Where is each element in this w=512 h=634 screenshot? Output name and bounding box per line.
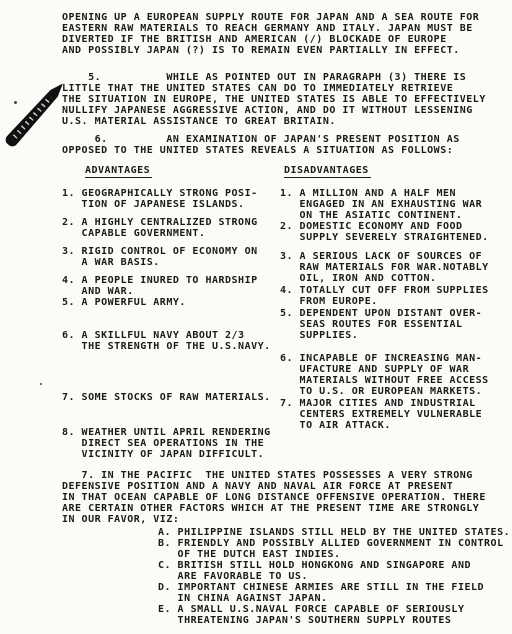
text-line: DEFENSIVE POSITION AND A NAVY AND NAVAL … [62, 481, 486, 492]
disadvantage-item-5: 5. DEPENDENT UPON DISTANT OVER- SEAS ROU… [280, 308, 510, 341]
text-line: SUPPLIES. [280, 330, 510, 341]
text-line: FROM EUROPE. [280, 296, 510, 307]
text-line: B. FRIENDLY AND POSSIBLY ALLIED GOVERNME… [158, 538, 510, 549]
text-line: IN CHINA AGAINST JAPAN. [158, 593, 510, 604]
text-line: DIRECT SEA OPERATIONS IN THE [62, 438, 280, 449]
paragraph-5: 5. WHILE AS POINTED OUT IN PARAGRAPH (3)… [62, 72, 486, 127]
text-line: 1. A MILLION AND A HALF MEN [280, 188, 510, 199]
text-line: RAW MATERIALS FOR WAR.NOTABLY [280, 262, 510, 273]
factor-item-c: C. BRITISH STILL HOLD HONGKONG AND SINGA… [158, 560, 510, 582]
paragraph-intro-continuation: OPENING UP A EUROPEAN SUPPLY ROUTE FOR J… [62, 12, 479, 56]
text-line: A. PHILIPPINE ISLANDS STILL HELD BY THE … [158, 527, 510, 538]
text-line: 8. WEATHER UNTIL APRIL RENDERING [62, 427, 280, 438]
favorable-factors-list: A. PHILIPPINE ISLANDS STILL HELD BY THE … [158, 527, 510, 626]
advantage-item-5: 5. A POWERFUL ARMY. [62, 297, 280, 308]
text-line: 6. INCAPABLE OF INCREASING MAN- [280, 353, 510, 364]
text-line: U.S. MATERIAL ASSISTANCE TO GREAT BRITAI… [62, 116, 486, 127]
text-line: TO U.S. OR EUROPEAN MARKETS. [280, 386, 510, 397]
text-line: SUPPLY SEVERELY STRAIGHTENED. [280, 232, 510, 243]
text-line: ON THE ASIATIC CONTINENT. [280, 210, 510, 221]
advantage-item-4: 4. A PEOPLE INURED TO HARDSHIP AND WAR. [62, 275, 280, 297]
text-line: A WAR BASIS. [62, 257, 280, 268]
text-line: 4. A PEOPLE INURED TO HARDSHIP [62, 275, 280, 286]
text-line: 1. GEOGRAPHICALLY STRONG POSI- [62, 188, 280, 199]
text-line: CAPABLE GOVERNMENT. [62, 228, 280, 239]
disadvantage-item-1: 1. A MILLION AND A HALF MEN ENGAGED IN A… [280, 188, 510, 221]
advantages-header: ADVANTAGES [85, 165, 152, 178]
text-line: 7. SOME STOCKS OF RAW MATERIALS. [62, 392, 280, 403]
text-line: ENGAGED IN AN EXHAUSTING WAR [280, 199, 510, 210]
advantage-item-3: 3. RIGID CONTROL OF ECONOMY ON A WAR BAS… [62, 246, 280, 268]
disadvantage-item-4: 4. TOTALLY CUT OFF FROM SUPPLIES FROM EU… [280, 285, 510, 307]
factor-item-a: A. PHILIPPINE ISLANDS STILL HELD BY THE … [158, 527, 510, 538]
text-line: AND WAR. [62, 286, 280, 297]
advantage-item-7: 7. SOME STOCKS OF RAW MATERIALS. [62, 392, 280, 403]
advantage-item-8: 8. WEATHER UNTIL APRIL RENDERING DIRECT … [62, 427, 280, 460]
text-line: TO AIR ATTACK. [280, 420, 510, 431]
disadvantage-item-6: 6. INCAPABLE OF INCREASING MAN- UFACTURE… [280, 353, 510, 397]
advantage-item-1: 1. GEOGRAPHICALLY STRONG POSI- TION OF J… [62, 188, 280, 210]
text-line: C. BRITISH STILL HOLD HONGKONG AND SINGA… [158, 560, 510, 571]
factor-item-d: D. IMPORTANT CHINESE ARMIES ARE STILL IN… [158, 582, 510, 604]
factor-item-b: B. FRIENDLY AND POSSIBLY ALLIED GOVERNME… [158, 538, 510, 560]
advantage-item-2: 2. A HIGHLY CENTRALIZED STRONG CAPABLE G… [62, 217, 280, 239]
text-line: EASTERN RAW MATERIALS TO REACH GERMANY A… [62, 23, 479, 34]
text-line: THE SITUATION IN EUROPE, THE UNITED STAT… [62, 94, 486, 105]
text-line: OF THE DUTCH EAST INDIES. [158, 549, 510, 560]
text-line: 5. A POWERFUL ARMY. [62, 297, 280, 308]
text-line: NULLIFY JAPANESE AGGRESSIVE ACTION, AND … [62, 105, 486, 116]
text-line: E. A SMALL U.S.NAVAL FORCE CAPABLE OF SE… [158, 604, 510, 615]
text-line: D. IMPORTANT CHINESE ARMIES ARE STILL IN… [158, 582, 510, 593]
text-line: THREATENING JAPAN'S SOUTHERN SUPPLY ROUT… [158, 615, 510, 626]
text-line: DIVERTED IF THE BRITISH AND AMERICAN (/)… [62, 34, 479, 45]
scan-speck [40, 383, 42, 385]
text-line: 7. MAJOR CITIES AND INDUSTRIAL [280, 398, 510, 409]
text-line: 3. RIGID CONTROL OF ECONOMY ON [62, 246, 280, 257]
text-line: TION OF JAPANESE ISLANDS. [62, 199, 280, 210]
text-line: AND POSSIBLY JAPAN (?) IS TO REMAIN EVEN… [62, 45, 479, 56]
disadvantage-item-3: 3. A SERIOUS LACK OF SOURCES OF RAW MATE… [280, 251, 510, 284]
text-line: OIL, IRON AND COTTON. [280, 273, 510, 284]
text-line: SEAS ROUTES FOR ESSENTIAL [280, 319, 510, 330]
text-line: 5. DEPENDENT UPON DISTANT OVER- [280, 308, 510, 319]
text-line: 5. WHILE AS POINTED OUT IN PARAGRAPH (3)… [62, 72, 486, 83]
scan-speck [14, 101, 17, 104]
text-line: ARE FAVORABLE TO US. [158, 571, 510, 582]
text-line: 2. A HIGHLY CENTRALIZED STRONG [62, 217, 280, 228]
text-line: MATERIALS WITHOUT FREE ACCESS [280, 375, 510, 386]
advantages-list: 1. GEOGRAPHICALLY STRONG POSI- TION OF J… [62, 188, 280, 460]
text-line: 3. A SERIOUS LACK OF SOURCES OF [280, 251, 510, 262]
text-line: 4. TOTALLY CUT OFF FROM SUPPLIES [280, 285, 510, 296]
censor-ink-stamp [3, 79, 68, 149]
paragraph-6: 6. AN EXAMINATION OF JAPAN'S PRESENT POS… [62, 134, 460, 156]
paragraph-7: 7. IN THE PACIFIC THE UNITED STATES POSS… [62, 470, 486, 525]
text-line: OPENING UP A EUROPEAN SUPPLY ROUTE FOR J… [62, 12, 479, 23]
scanned-document-page: OPENING UP A EUROPEAN SUPPLY ROUTE FOR J… [0, 0, 512, 634]
text-line: UFACTURE AND SUPPLY OF WAR [280, 364, 510, 375]
text-line: IN OUR FAVOR, VIZ: [62, 514, 486, 525]
text-line: VICINITY OF JAPAN DIFFICULT. [62, 449, 280, 460]
text-line: 6. AN EXAMINATION OF JAPAN'S PRESENT POS… [62, 134, 460, 145]
disadvantage-item-7: 7. MAJOR CITIES AND INDUSTRIAL CENTERS E… [280, 398, 510, 431]
factor-item-e: E. A SMALL U.S.NAVAL FORCE CAPABLE OF SE… [158, 604, 510, 626]
text-line: THE STRENGTH OF THE U.S.NAVY. [62, 341, 280, 352]
text-line: OPPOSED TO THE UNITED STATES REVEALS A S… [62, 145, 460, 156]
text-line: 6. A SKILLFUL NAVY ABOUT 2/3 [62, 330, 280, 341]
text-line: ARE CERTAIN OTHER FACTORS WHICH AT THE P… [62, 503, 486, 514]
text-line: CENTERS EXTREMELY VULNERABLE [280, 409, 510, 420]
text-line: 7. IN THE PACIFIC THE UNITED STATES POSS… [62, 470, 486, 481]
disadvantages-header: DISADVANTAGES [284, 165, 371, 178]
disadvantages-list: 1. A MILLION AND A HALF MEN ENGAGED IN A… [280, 188, 510, 431]
advantage-item-6: 6. A SKILLFUL NAVY ABOUT 2/3 THE STRENGT… [62, 330, 280, 352]
disadvantage-item-2: 2. DOMESTIC ECONOMY AND FOOD SUPPLY SEVE… [280, 221, 510, 243]
text-line: 2. DOMESTIC ECONOMY AND FOOD [280, 221, 510, 232]
text-line: IN THAT OCEAN CAPABLE OF LONG DISTANCE O… [62, 492, 486, 503]
text-line: LITTLE THAT THE UNITED STATES CAN DO TO … [62, 83, 486, 94]
